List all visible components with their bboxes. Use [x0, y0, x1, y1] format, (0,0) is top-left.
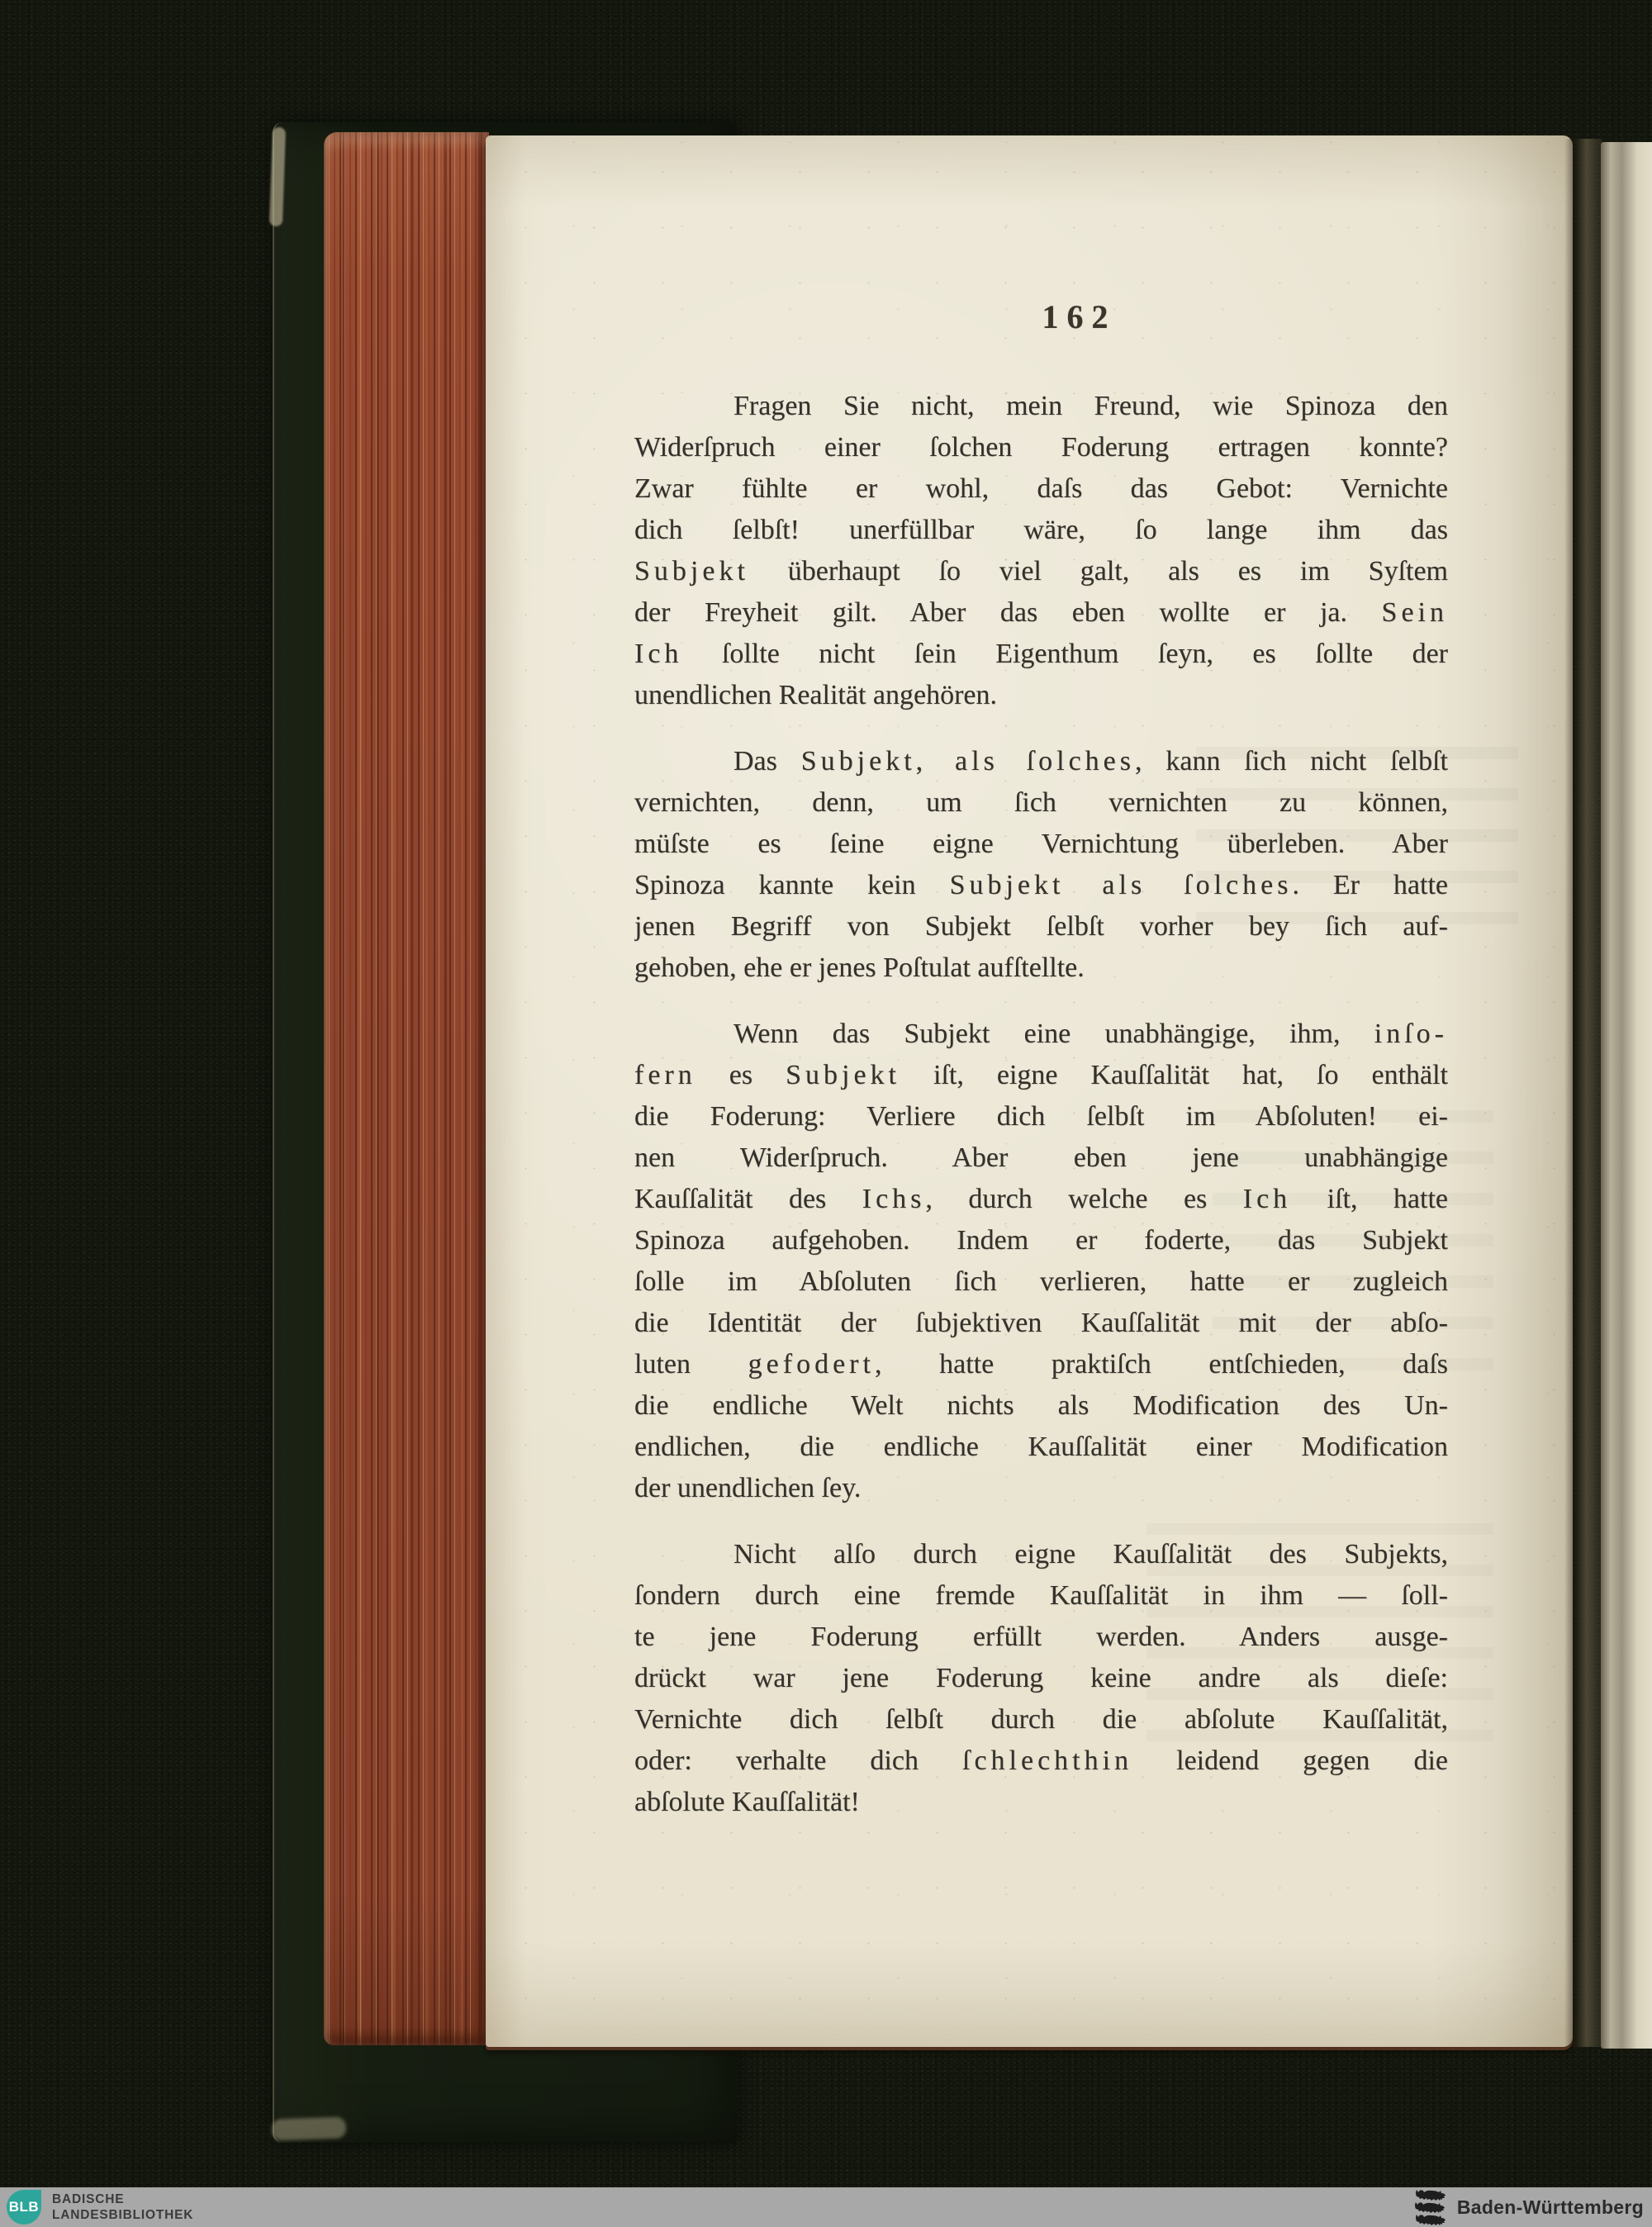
- text-line: vernichten, denn, um ſich vernichten zu …: [634, 782, 1448, 824]
- page-text: Fragen Sie nicht, mein Freund, wie Spino…: [634, 386, 1448, 1823]
- emphasized-text: inſo-: [1374, 1019, 1448, 1049]
- emphasized-text: fern: [634, 1060, 696, 1090]
- text-line: gehoben, ehe er jenes Poſtulat aufſtellt…: [634, 947, 1448, 989]
- text-line: Spinoza kannte kein Subjekt als ſolches.…: [634, 865, 1448, 906]
- text-line: abſolute Kauſſalität!: [634, 1782, 1448, 1823]
- text-line: Das Subjekt, als ſolches, kann ſich nich…: [634, 741, 1448, 782]
- text-segment: Kauſſalität des: [634, 1184, 862, 1214]
- text-line: ſondern durch eine fremde Kauſſalität in…: [634, 1575, 1448, 1617]
- text-line: die Foderung: Verliere dich ſelbſt im Ab…: [634, 1096, 1448, 1137]
- text-line: endlichen, die endliche Kauſſalität eine…: [634, 1427, 1448, 1468]
- text-segment: Das: [733, 746, 801, 776]
- text-segment: iſt, eigne Kauſſalität hat, ſo enthält: [900, 1060, 1448, 1090]
- library-logo-block: BLB BADISCHE LANDESBIBLIOTHEK: [7, 2187, 193, 2227]
- library-name-line1: BADISCHE: [52, 2191, 193, 2207]
- text-line: die endliche Welt nichts als Modificatio…: [634, 1385, 1448, 1427]
- text-segment: iſt, hatte: [1291, 1184, 1448, 1214]
- text-line: der Freyheit gilt. Aber das eben wollte …: [634, 592, 1448, 634]
- text-segment: Wenn das Subjekt eine unabhängige, ihm,: [733, 1019, 1374, 1049]
- text-line: Widerſpruch einer ſolchen Foderung ertra…: [634, 427, 1448, 468]
- footer-bar: BLB BADISCHE LANDESBIBLIOTHEK Baden-Würt…: [0, 2187, 1652, 2227]
- library-name-line2: LANDESBIBLIOTHEK: [52, 2207, 193, 2223]
- emphasized-text: Subjekt, als ſolches: [801, 746, 1135, 776]
- paragraph: Fragen Sie nicht, mein Freund, wie Spino…: [634, 386, 1448, 716]
- library-name: BADISCHE LANDESBIBLIOTHEK: [52, 2191, 193, 2223]
- text-segment: der Freyheit gilt. Aber das eben wollte …: [634, 597, 1382, 628]
- text-line: Fragen Sie nicht, mein Freund, wie Spino…: [634, 386, 1448, 427]
- text-segment: es: [696, 1060, 786, 1090]
- paragraph: Nicht alſo durch eigne Kauſſalität des S…: [634, 1534, 1448, 1823]
- text-segment: , hatte praktiſch entſchieden, daſs: [875, 1349, 1448, 1379]
- text-line: oder: verhalte dich ſchlechthin leidend …: [634, 1740, 1448, 1782]
- text-segment: luten: [634, 1349, 748, 1379]
- text-line: Ich ſollte nicht ſein Eigenthum ſeyn, es…: [634, 634, 1448, 675]
- text-line: Wenn das Subjekt eine unabhängige, ihm, …: [634, 1014, 1448, 1055]
- state-logo-block: Baden-Württemberg: [1414, 2187, 1644, 2227]
- emphasized-text: Subjekt als ſolches: [950, 870, 1293, 900]
- text-line: der unendlichen ſey.: [634, 1468, 1448, 1509]
- text-line: Vernichte dich ſelbſt durch die abſolute…: [634, 1699, 1448, 1740]
- text-line: jenen Begriff von Subjekt ſelbſt vorher …: [634, 906, 1448, 947]
- scan-viewer-background: { "scan": { "page_number": "162", "parag…: [0, 0, 1652, 2227]
- emphasized-text: Ichs: [862, 1184, 926, 1214]
- text-segment: leidend gegen die: [1132, 1745, 1448, 1776]
- text-line: Subjekt überhaupt ſo viel galt, als es i…: [634, 551, 1448, 592]
- text-line: te jene Foderung erfüllt werden. Anders …: [634, 1617, 1448, 1658]
- text-line: Kauſſalität des Ichs, durch welche es Ic…: [634, 1179, 1448, 1220]
- emphasized-text: Subjekt: [634, 556, 749, 586]
- text-line: Spinoza aufgehoben. Indem er foderte, da…: [634, 1220, 1448, 1261]
- text-line: nen Widerſpruch. Aber eben jene unabhäng…: [634, 1137, 1448, 1179]
- scanned-page: 162 Fragen Sie nicht, mein Freund, wie S…: [486, 135, 1573, 2047]
- blb-logo: BLB: [7, 2190, 41, 2225]
- text-segment: , durch welche es: [925, 1184, 1242, 1214]
- page-number: 162: [634, 297, 1448, 336]
- emphasized-text: Ich: [634, 639, 682, 669]
- paragraph: Wenn das Subjekt eine unabhängige, ihm, …: [634, 1014, 1448, 1509]
- text-segment: ſollte nicht ſein Eigenthum ſeyn, es ſol…: [682, 639, 1448, 669]
- emphasized-text: Ich: [1243, 1184, 1291, 1214]
- facing-page-edge: [1601, 142, 1652, 2049]
- text-segment: Spinoza kannte kein: [634, 870, 950, 900]
- baden-wuerttemberg-lions-icon: [1414, 2189, 1447, 2225]
- text-segment: überhaupt ſo viel galt, als es im Syſtem: [749, 556, 1448, 586]
- text-segment: . Er hatte: [1292, 870, 1448, 900]
- text-line: Nicht alſo durch eigne Kauſſalität des S…: [634, 1534, 1448, 1575]
- text-line: drückt war jene Foderung keine andre als…: [634, 1658, 1448, 1699]
- text-line: dich ſelbſt! unerfüllbar wäre, ſo lange …: [634, 510, 1448, 551]
- text-line: Zwar fühlte er wohl, daſs das Gebot: Ver…: [634, 468, 1448, 510]
- emphasized-text: ſchlechthin: [962, 1745, 1132, 1776]
- text-line: die Identität der ſubjektiven Kauſſalitä…: [634, 1303, 1448, 1344]
- text-segment: , kann ſich nicht ſelbſt: [1135, 746, 1448, 776]
- emphasized-text: gefodert: [748, 1349, 875, 1379]
- text-line: luten gefodert, hatte praktiſch entſchie…: [634, 1344, 1448, 1385]
- paragraph: Das Subjekt, als ſolches, kann ſich nich…: [634, 741, 1448, 989]
- text-line: fern es Subjekt iſt, eigne Kauſſalität h…: [634, 1055, 1448, 1096]
- book-fore-edge-pages: [324, 132, 489, 2045]
- state-name: Baden-Württemberg: [1457, 2196, 1644, 2219]
- book-gutter-shadow: [1564, 139, 1602, 2047]
- text-segment: oder: verhalte dich: [634, 1745, 962, 1776]
- text-line: ſolle im Abſoluten ſich verlieren, hatte…: [634, 1261, 1448, 1303]
- emphasized-text: Sein: [1382, 597, 1448, 628]
- blb-logo-text: BLB: [9, 2199, 39, 2215]
- text-line: unendlichen Realität angehören.: [634, 675, 1448, 716]
- text-line: müſste es ſeine eigne Vernichtung überle…: [634, 824, 1448, 865]
- emphasized-text: Subjekt: [786, 1060, 900, 1090]
